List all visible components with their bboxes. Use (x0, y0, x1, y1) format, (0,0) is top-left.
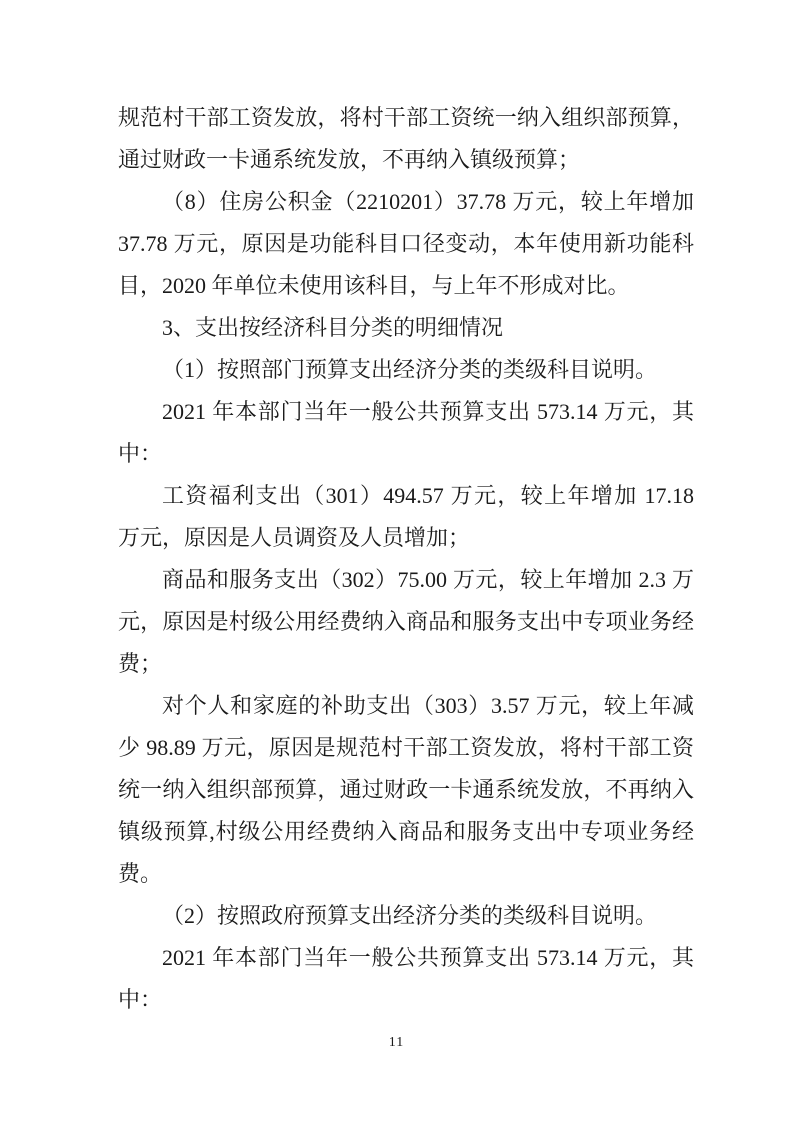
text-line: 中： (118, 433, 694, 475)
document-page: 规范村干部工资发放，将村干部工资统一纳入组织部预算， 通过财政一卡通系统发放，不… (0, 0, 793, 1122)
text-line: （2）按照政府预算支出经济分类的类级科目说明。 (118, 895, 694, 937)
text-line: 2021 年本部门当年一般公共预算支出 573.14 万元，其 (118, 937, 694, 979)
page-footer: 11 (0, 1033, 793, 1051)
text-line: 3、支出按经济科目分类的明细情况 (118, 307, 694, 349)
text-line: 中： (118, 979, 694, 1021)
text-line: 目，2020 年单位未使用该科目，与上年不形成对比。 (118, 265, 694, 307)
text-line: 元，原因是村级公用经费纳入商品和服务支出中专项业务经 (118, 601, 694, 643)
page-number: 11 (389, 1035, 404, 1050)
text-line: 通过财政一卡通系统发放，不再纳入镇级预算； (118, 139, 694, 181)
text-line: （8）住房公积金（2210201）37.78 万元，较上年增加 (118, 181, 694, 223)
text-line: 镇级预算,村级公用经费纳入商品和服务支出中专项业务经 (118, 811, 694, 853)
text-line: 少 98.89 万元，原因是规范村干部工资发放，将村干部工资 (118, 727, 694, 769)
text-line: （1）按照部门预算支出经济分类的类级科目说明。 (118, 349, 694, 391)
text-line: 商品和服务支出（302）75.00 万元，较上年增加 2.3 万 (118, 559, 694, 601)
text-line: 规范村干部工资发放，将村干部工资统一纳入组织部预算， (118, 97, 694, 139)
text-line: 统一纳入组织部预算，通过财政一卡通系统发放，不再纳入 (118, 769, 694, 811)
text-line: 37.78 万元，原因是功能科目口径变动，本年使用新功能科 (118, 223, 694, 265)
text-line: 费。 (118, 853, 694, 895)
text-line: 万元，原因是人员调资及人员增加； (118, 517, 694, 559)
text-line: 对个人和家庭的补助支出（303）3.57 万元，较上年减 (118, 685, 694, 727)
text-line: 2021 年本部门当年一般公共预算支出 573.14 万元，其 (118, 391, 694, 433)
text-line: 费； (118, 643, 694, 685)
page-body-text: 规范村干部工资发放，将村干部工资统一纳入组织部预算， 通过财政一卡通系统发放，不… (118, 97, 694, 1021)
text-line: 工资福利支出（301）494.57 万元，较上年增加 17.18 (118, 475, 694, 517)
